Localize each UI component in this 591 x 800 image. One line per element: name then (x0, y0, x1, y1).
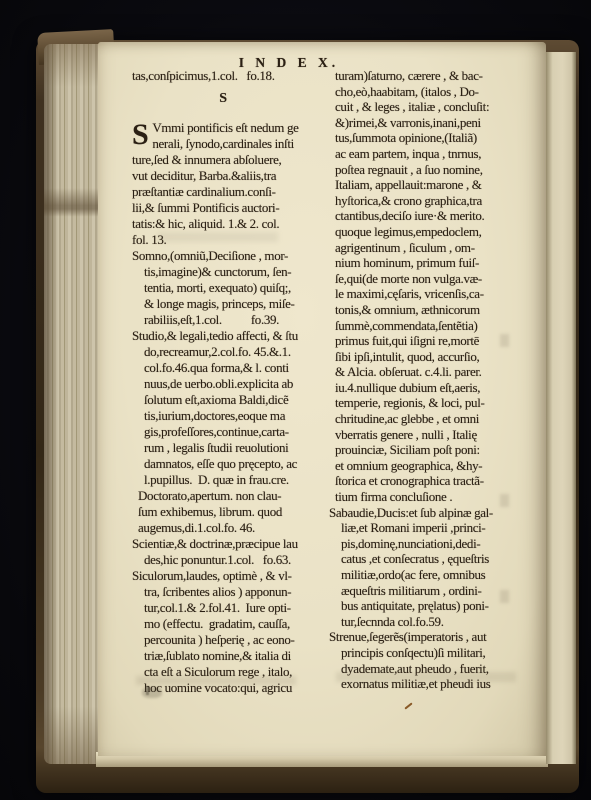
index-entry-studio: Studio,& legali,tedio affecti, & ſtudo,r… (132, 328, 329, 488)
text-line: liæ,et Romani imperii ,princi- (329, 520, 541, 536)
text-line: l.pupillus. D. quæ in frau.cre. (132, 472, 329, 488)
adjacent-page-edge (546, 52, 576, 764)
text-line: tatis:& hic, aliquid. 1.& 2. col. (132, 216, 329, 232)
text-line: rabiliis,eſt,1.col. fo.39. (132, 312, 329, 328)
left-column: tas,conſpicimus,1.col. fo.18.SSVmmi pont… (132, 68, 329, 696)
text-line: exornatus militiæ,et pheudi ius (329, 676, 541, 692)
text-line: ſe,qui(de morte non vulga.væ- (329, 271, 541, 287)
text-line: cho,eò,haabitam, (italos , Do- (329, 84, 541, 100)
text-line: tonis,& omnium, æthnicorum (329, 302, 541, 318)
text-line: quoque legimus,empedoclem, (329, 224, 541, 240)
text-line: le maximi,cęſaris, vricenſis,ca- (329, 286, 541, 302)
text-line: poſtea regnauit , a ſuo nomine, (329, 162, 541, 178)
text-line: temperie, regionis, & loci, pul- (329, 395, 541, 411)
text-line: Studio,& legali,tedio affecti, & ſtu (132, 328, 329, 344)
text-line: damnatos, eſſe quo pręcepto, ac (132, 456, 329, 472)
catchword-line: tas,conſpicimus,1.col. fo.18. (132, 68, 329, 84)
text-line: militiæ,ordo(ac fere, omnibus (329, 567, 541, 583)
text-line: prouinciæ, Siciliam poſt poni: (329, 442, 541, 458)
text-line: tur,col.1.& 2.fol.41. Iure opti- (132, 600, 329, 616)
text-line: principis conſqectu)ſi militari, (329, 645, 541, 661)
text-line: bus antiquitate, pręlatus) poni- (329, 598, 541, 614)
photo-backdrop: I N D E X. tas,conſpicimus,1.col. fo.18.… (0, 0, 591, 800)
text-line: Sabaudie,Ducis:et ſub alpinæ gal- (329, 505, 541, 521)
index-entry-scientiae: Scientiæ,& doctrinæ,præcipue laudes,hic … (132, 536, 329, 568)
text-line: et omnium geographica, &hy- (329, 458, 541, 474)
drop-cap: S (132, 120, 152, 150)
text-line: cta eſt a Siculorum rege , italo, (132, 664, 329, 680)
text-line: & Alcia. obſeruat. c.4.li. parer. (329, 364, 541, 380)
text-line: catus ,et conſecratus , ęqueſtris (329, 551, 541, 567)
text-line: col.fo.46.qua forma,& l. conti (132, 360, 329, 376)
text-line: percounita ) heſperię , ac eono- (132, 632, 329, 648)
section-letter: S (132, 91, 314, 107)
text-line: Somno,(omniũ,Deciſione , mor- (132, 248, 329, 264)
text-line: lii,& ſummi Pontificis auctori- (132, 200, 329, 216)
text-line: ac eam partem, inqua , tnrnus, (329, 146, 541, 162)
text-line: augemus,di.1.col.fo. 46. (132, 520, 329, 536)
text-line: cuit , & leges , italiæ , concluſit: (329, 99, 541, 115)
index-entry-somno: Somno,(omniũ,Deciſione , mor-tis,imagine… (132, 248, 329, 328)
text-line: ſtorica et cronographica tractã- (329, 473, 541, 489)
text-line: tium firma concluſione . (329, 489, 541, 505)
text-line: pis,dominę,nunciationi,dedi- (329, 536, 541, 552)
text-line: Strenue,ſegerẽs(imperatoris , aut (329, 629, 541, 645)
text-line: Siculorum,laudes, optimè , & vl- (132, 568, 329, 584)
text-line: triæ,ſublato nomine,& italia di (132, 648, 329, 664)
text-line: ſummè,commendata,ſentẽtia) (329, 318, 541, 334)
text-line: tus,ſummota opinione,(Italiã) (329, 130, 541, 146)
text-line: ture,ſed & innumera abſoluere, (132, 152, 329, 168)
index-entry-strenue: Strenue,ſegerẽs(imperatoris , autprincip… (329, 629, 541, 691)
text-line: des,hic ponuntur.1.col. fo.63. (132, 552, 329, 568)
text-line: primus fuit,qui iſigni re,mortē (329, 333, 541, 349)
index-entry-doctorato: Doctorato,apertum. non clau-ſum exhibemu… (132, 488, 329, 536)
text-line: rum , legalis ſtudii reuolutioni (132, 440, 329, 456)
text-line: iu.4.nullique dubium eſt,aeris, (329, 380, 541, 396)
ink-fleck (404, 702, 412, 709)
text-line: chritudine,ac glebbe , et omni (329, 411, 541, 427)
text-line: præſtantiæ cardinalium.conſi- (132, 184, 329, 200)
text-line: ſolutum eſt,axioma Baldi,dicẽ (132, 392, 329, 408)
text-line: ſibi ipſi,intulit, quod, accurſio, (329, 349, 541, 365)
text-line: Vmmi pontificis eſt nedum ge (132, 120, 329, 136)
text-line: Scientiæ,& doctrinæ,præcipue lau (132, 536, 329, 552)
text-line: agrigentinum , ſiculum , om- (329, 240, 541, 256)
text-line: nerali, ſynodo,cardinales inſti (132, 136, 329, 152)
text-line: gis,profeſſores,continue,carta- (132, 424, 329, 440)
text-line: turam)ſaturno, cærere , & bac- (329, 68, 541, 84)
text-line: do,recreamur,2.col.fo. 45.&.1. (132, 344, 329, 360)
text-line: tra, ſcribentes alios ) apponun- (132, 584, 329, 600)
right-column: turam)ſaturno, cærere , & bac-cho,eò,haa… (329, 68, 541, 692)
text-line: tis,iurium,doctores,eoque ma (132, 408, 329, 424)
text-line: fol. 13. (132, 232, 329, 248)
text-line: &)rimei,& varronis,inani,peni (329, 115, 541, 131)
text-line: nium hominum, primum fuiſ- (329, 255, 541, 271)
text-line: nuus,de uerbo.obli.explicita ab (132, 376, 329, 392)
index-entry-sabaudie: Sabaudie,Ducis:et ſub alpinæ gal-liæ,et … (329, 505, 541, 630)
text-line: tentia, morti, exequato) quiſq;, (132, 280, 329, 296)
book-page: I N D E X. tas,conſpicimus,1.col. fo.18.… (98, 42, 546, 756)
text-line: Doctorato,apertum. non clau- (132, 488, 329, 504)
text-line: mo (effectu. gradatim, cauſſa, (132, 616, 329, 632)
index-entry-siculorum-continued: turam)ſaturno, cærere , & bac-cho,eò,haa… (329, 68, 541, 505)
text-line: dyademate,aut pheudo , fuerit, (329, 661, 541, 677)
text-line: & longe magis, princeps, miſe- (132, 296, 329, 312)
text-line: hyſtorica,& crono graphica,tra (329, 193, 541, 209)
text-line: æqueſtris militiarum , ordini- (329, 583, 541, 599)
text-line: ctantibus,deciſo iure·& merito. (329, 208, 541, 224)
index-entry-summi: SVmmi pontificis eſt nedum generali, ſyn… (132, 120, 329, 248)
text-line: ſum exhibemus, librum. quod (132, 504, 329, 520)
text-line: tis,imagine)& cunctorum, ſen- (132, 264, 329, 280)
index-entry-siculorum: Siculorum,laudes, optimè , & vl-tra, ſcr… (132, 568, 329, 696)
text-line: hoc uomine vocato:qui, agricu (132, 680, 329, 696)
text-line: Italiam, appellauit:marone , & (329, 177, 541, 193)
text-line: vut deciditur, Barba.&aliis,tra (132, 168, 329, 184)
text-line: vberratis genere , nulli , Italię (329, 427, 541, 443)
text-line: tur,ſecnnda col.fo.59. (329, 614, 541, 630)
